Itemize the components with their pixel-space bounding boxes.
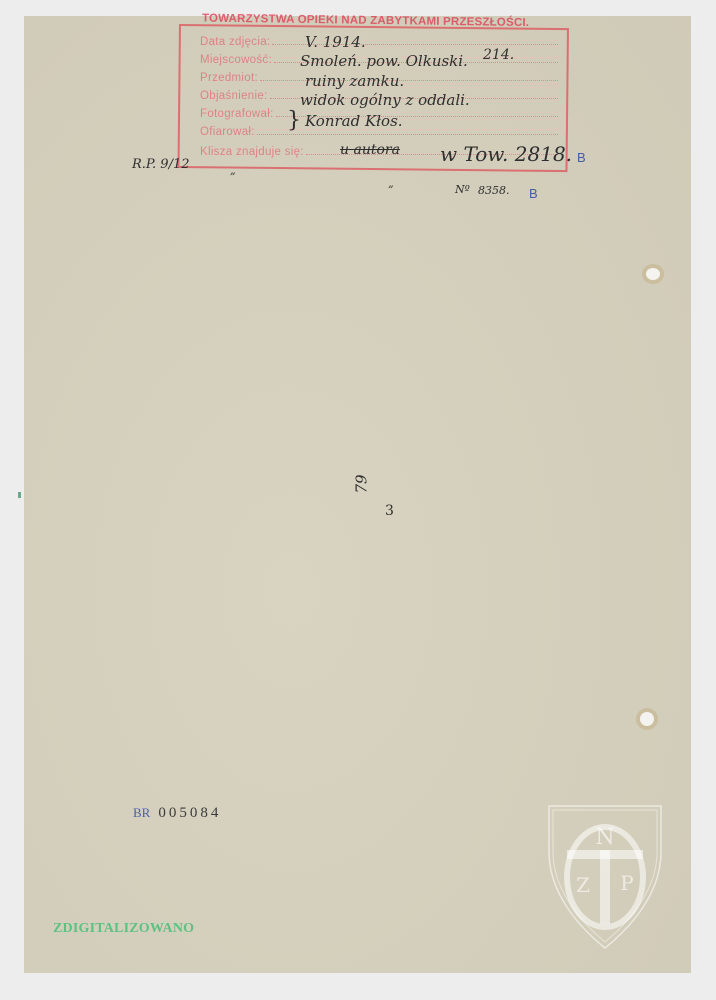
svg-text:Z: Z xyxy=(576,873,590,897)
inventory-digits: 005084 xyxy=(158,805,221,821)
rp-annotation: R.P. 9/12 xyxy=(132,157,190,172)
digitized-stamp: ZDIGITALIZOWANO xyxy=(53,921,194,937)
shield-watermark-icon: N Z P xyxy=(545,802,665,952)
inventory-number: BR005084 xyxy=(133,805,221,822)
ditto-mark-2: „ xyxy=(388,177,394,190)
catalog-number-suffix: B xyxy=(529,186,538,201)
subject-value: ruiny zamku. xyxy=(305,72,404,90)
description-value: widok ogólny z oddali. xyxy=(300,91,470,109)
catalog-number: 8358. xyxy=(478,184,510,197)
number-prefix: Nº xyxy=(455,183,470,196)
svg-text:P: P xyxy=(620,871,633,895)
inventory-prefix: BR xyxy=(133,805,150,820)
scan-edge-mark xyxy=(18,492,21,498)
negative-struck-value: u autora xyxy=(340,142,400,158)
stamp-field-date: Data zdjęcia: xyxy=(200,30,560,48)
center-mark-79: 79 xyxy=(353,474,371,493)
date-extra-value: 214. xyxy=(483,47,514,63)
place-value: Smoleń. pow. Olkuski. xyxy=(300,52,468,70)
pin-hole-bottom xyxy=(640,712,654,726)
brace-mark: } xyxy=(287,108,301,133)
ditto-mark-1: „ xyxy=(230,164,236,177)
negative-location-value: w Tow. 2818. xyxy=(440,142,572,166)
pin-hole-top xyxy=(646,268,660,280)
center-mark-3: 3 xyxy=(385,503,394,519)
svg-text:N: N xyxy=(595,825,614,850)
photographer-value: Konrad Kłos. xyxy=(305,112,403,130)
date-value: V. 1914. xyxy=(305,33,366,51)
negative-suffix: B xyxy=(577,150,586,165)
